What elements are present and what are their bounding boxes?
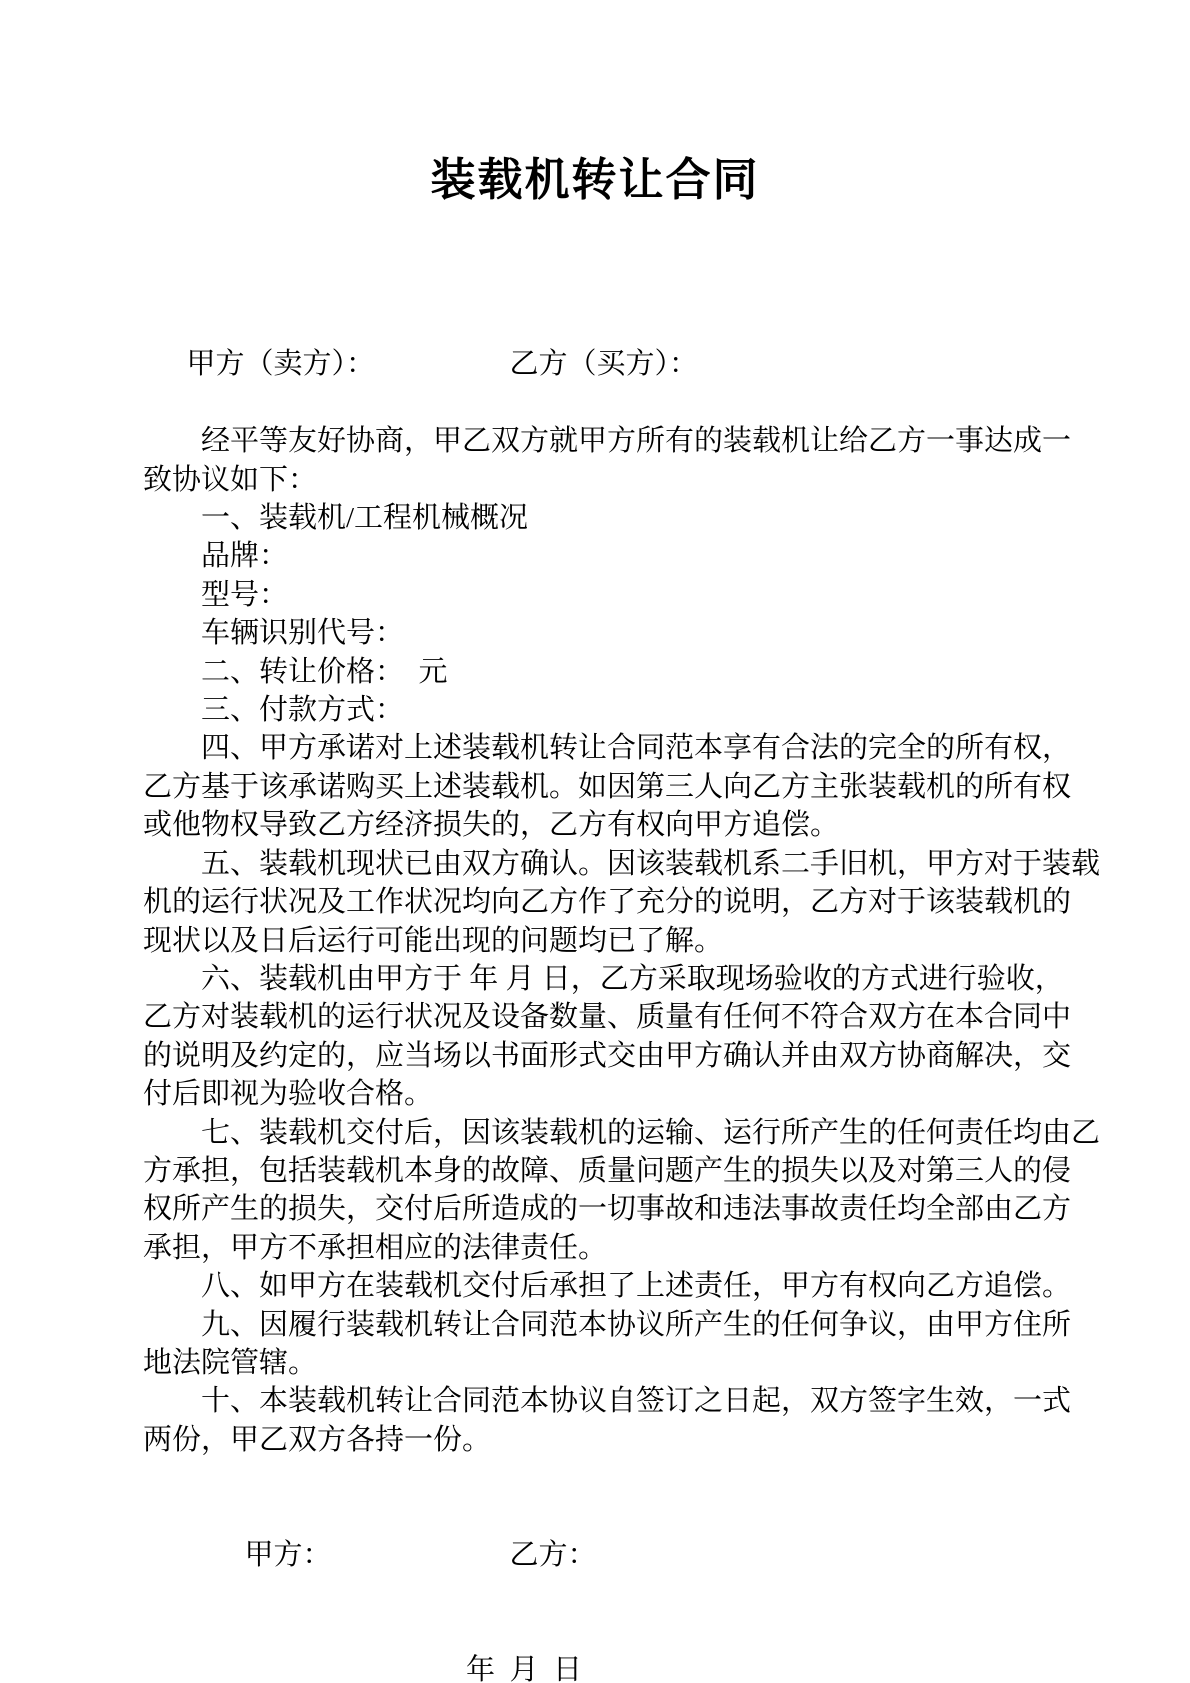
signature-line: 甲方：乙方： — [143, 1498, 1131, 1613]
text-line: 十、本装载机转让合同范本协议自签订之日起，双方签字生效，一式 — [143, 1382, 1131, 1420]
text-line: 八、如甲方在装载机交付后承担了上述责任，甲方有权向乙方追偿。 — [143, 1267, 1131, 1305]
text-line: 机的运行状况及工作状况均向乙方作了充分的说明，乙方对于该装载机的 — [143, 883, 1073, 921]
text-line: 五、装载机现状已由双方确认。因该装载机系二手旧机，甲方对于装载 — [143, 845, 1131, 883]
text-line: 型号： — [143, 576, 1131, 614]
blank-line — [0, 1459, 1190, 1497]
text-line: 乙方对装载机的运行状况及设备数量、质量有任何不符合双方在本合同中 — [143, 998, 1073, 1036]
text-line: 乙方基于该承诺购买上述装载机。如因第三人向乙方主张装载机的所有权 — [143, 768, 1073, 806]
party-b-label: 乙方（买方）： — [510, 348, 699, 380]
party-a-label: 甲方（卖方）： — [187, 345, 510, 383]
blank-line — [0, 1613, 1190, 1651]
text-line: 六、装载机由甲方于 年 月 日，乙方采取现场验收的方式进行验收， — [143, 960, 1131, 998]
signature-party-b-label: 乙方： — [510, 1539, 597, 1571]
signature-party-a-label: 甲方： — [245, 1536, 510, 1574]
text-line: 四、甲方承诺对上述装载机转让合同范本享有合法的完全的所有权， — [143, 729, 1131, 767]
text-line: 承担，甲方不承担相应的法律责任。 — [143, 1229, 1073, 1267]
text-line: 七、装载机交付后，因该装载机的运输、运行所产生的任何责任均由乙 — [143, 1114, 1131, 1152]
text-line: 或他物权导致乙方经济损失的，乙方有权向甲方追偿。 — [143, 806, 1073, 844]
text-line: 三、付款方式： — [143, 691, 1131, 729]
text-line: 一、装载机/工程机械概况 — [143, 499, 1131, 537]
document-title: 装载机转让合同 — [0, 0, 1190, 210]
text-line: 经平等友好协商，甲乙双方就甲方所有的装载机让给乙方一事达成一 — [143, 422, 1131, 460]
text-line: 两份，甲乙双方各持一份。 — [143, 1421, 1073, 1459]
text-line: 地法院管辖。 — [143, 1344, 1073, 1382]
parties-line: 甲方（卖方）：乙方（买方）： — [143, 307, 1073, 422]
text-line: 二、转让价格： 元 — [143, 653, 1131, 691]
body-lines: 经平等友好协商，甲乙双方就甲方所有的装载机让给乙方一事达成一致协议如下：一、装载… — [0, 422, 1190, 1459]
document-body: 甲方（卖方）：乙方（买方）： 经平等友好协商，甲乙双方就甲方所有的装载机让给乙方… — [0, 307, 1190, 1683]
text-line: 车辆识别代号： — [143, 614, 1131, 652]
text-line: 致协议如下： — [143, 461, 1073, 499]
text-line: 付后即视为验收合格。 — [143, 1075, 1073, 1113]
text-line: 方承担，包括装载机本身的故障、质量问题产生的损失以及对第三人的侵 — [143, 1152, 1073, 1190]
text-line: 权所产生的损失，交付后所造成的一切事故和违法事故责任均全部由乙方 — [143, 1190, 1073, 1228]
text-line: 品牌： — [143, 537, 1131, 575]
text-line: 九、因履行装载机转让合同范本协议所产生的任何争议，由甲方住所 — [143, 1306, 1131, 1344]
text-line: 现状以及日后运行可能出现的问题均已了解。 — [143, 922, 1073, 960]
date-line: 年 月 日 — [143, 1651, 1190, 1683]
document-page: 装载机转让合同 甲方（卖方）：乙方（买方）： 经平等友好协商，甲乙双方就甲方所有… — [0, 0, 1190, 1683]
text-line: 的说明及约定的，应当场以书面形式交由甲方确认并由双方协商解决，交 — [143, 1037, 1073, 1075]
